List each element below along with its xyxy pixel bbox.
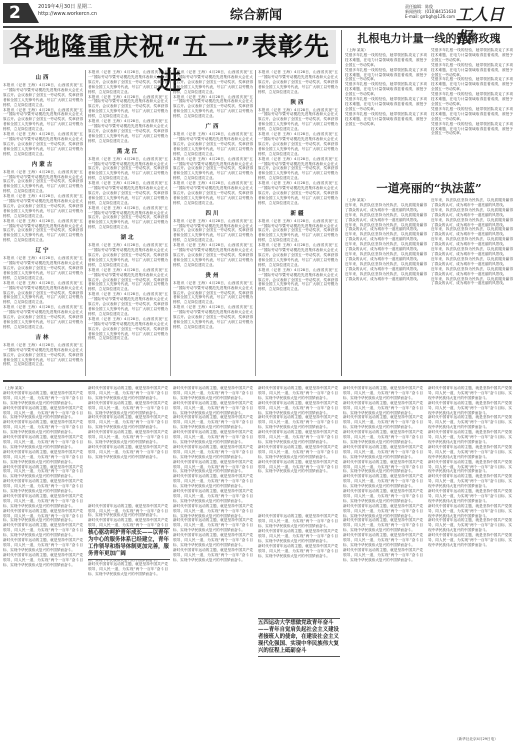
body-text: 凭借多年扎根一线的经验，她带领团队攻克了多项技术难题，在电力计量领域取得显著成绩… bbox=[345, 82, 427, 97]
body-text: 新时代中国青年运动的主题，就是坚持中国共产党领导，同人民一道，为实现“两个一百年… bbox=[428, 474, 512, 489]
body-text: 本报讯（记者 王海）4月28日，山西省庆祝“五一”国际劳动节暨劳动模范先进集体表… bbox=[173, 132, 253, 157]
lower-column-1: （上海 某某） 新时代中国青年运动的主题，就是坚持中国共产党领导，同人民一道，为… bbox=[3, 386, 83, 744]
body-text: 本报讯（记者 王海）4月28日，山西省庆祝“五一”国际劳动节暨劳动模范先进集体表… bbox=[173, 305, 253, 330]
body-text: 本报讯（记者 王海）4月28日，山西省庆祝“五一”国际劳动节暨劳动模范先进集体表… bbox=[173, 70, 253, 95]
body-text: 凭借多年扎根一线的经验，她带领团队攻克了多项技术难题，在电力计量领域取得显著成绩… bbox=[345, 68, 427, 83]
subhead-hubei: 湖北 bbox=[88, 233, 168, 241]
body-text: 近年来，执法队伍坚持为民执法，以优质服务赢得了群众的认可，成为城市中一道亮丽的风… bbox=[431, 277, 513, 287]
body-text: 新时代中国青年运动的主题，就是坚持中国共产党领导，同人民一道，为实现“两个一百年… bbox=[3, 479, 83, 494]
body-text: 新时代中国青年运动的主题，就是坚持中国共产党领导，同人民一道，为实现“两个一百年… bbox=[258, 430, 338, 445]
body-text: 新时代中国青年运动的主题，就是坚持中国共产党领导，同人民一道，为实现“两个一百年… bbox=[343, 445, 423, 460]
main-story-column-3: 本报讯（记者 王海）4月28日，山西省庆祝“五一”国际劳动节暨劳动模范先进集体表… bbox=[173, 70, 253, 378]
story2-headline: 扎根电力计量一线的铿锵玫瑰 bbox=[345, 30, 513, 46]
lower-column-5: 新时代中国青年运动的主题，就是坚持中国共产党领导，同人民一道，为实现“两个一百年… bbox=[343, 386, 423, 744]
body-text: 近年来，执法队伍坚持为民执法，以优质服务赢得了群众的认可，成为城市中一道亮丽的风… bbox=[345, 242, 427, 252]
body-text: 新时代中国青年运动的主题，就是坚持中国共产党领导，同人民一道，为实现“两个一百年… bbox=[343, 460, 423, 475]
pull-quote-spacer bbox=[258, 474, 338, 514]
body-text: 近年来，执法队伍坚持为民执法，以优质服务赢得了群众的认可，成为城市中一道亮丽的风… bbox=[431, 267, 513, 277]
body-text: 新时代中国青年运动的主题，就是坚持中国共产党领导，同人民一道，为实现“两个一百年… bbox=[173, 548, 253, 563]
column-divider bbox=[170, 70, 171, 376]
body-text: 近年来，执法队伍坚持为民执法，以优质服务赢得了群众的认可，成为城市中一道亮丽的风… bbox=[431, 218, 513, 228]
body-text: 近年来，执法队伍坚持为民执法，以优质服务赢得了群众的认可，成为城市中一道亮丽的风… bbox=[345, 252, 427, 262]
column-divider bbox=[341, 30, 342, 376]
subhead-neimenggu: 内蒙古 bbox=[3, 160, 83, 168]
body-text: 新时代中国青年运动的主题，就是坚持中国共产党领导，同人民一道，为实现“两个一百年… bbox=[343, 533, 423, 548]
main-story-column-1: 山西 本报讯（记者 王海）4月28日，山西省庆祝“五一”国际劳动节暨劳动模范先进… bbox=[3, 70, 83, 378]
body-text: 本报讯（记者 王海）4月28日，山西省庆祝“五一”国际劳动节暨劳动模范先进集体表… bbox=[258, 243, 338, 268]
pull-quote-2: 五四运动大学想做党政青年奋斗——青年自觉肩负起社会主义建设者接班人的使命，在建设… bbox=[258, 618, 340, 657]
story2-column-1: （上海 某某） 凭借多年扎根一线的经验，她带领团队攻克了多项技术难题，在电力计量… bbox=[345, 48, 427, 176]
body-text: 本报讯（记者 王海）4月28日，山西省庆祝“五一”国际劳动节暨劳动模范先进集体表… bbox=[3, 343, 83, 368]
body-text: 近年来，执法队伍坚持为民执法，以优质服务赢得了群众的认可，成为城市中一道亮丽的风… bbox=[345, 232, 427, 242]
main-headline-banner: 各地隆重庆祝“五一”表彰先进 bbox=[3, 30, 336, 64]
section-title: 综合新闻 bbox=[230, 4, 282, 23]
body-text: 新时代中国青年运动的主题，就是坚持中国共产党领导，同人民一道，为实现“两个一百年… bbox=[173, 386, 253, 401]
subhead-guizhou: 贵州 bbox=[173, 271, 253, 279]
body-text: 本报讯（记者 王海）4月28日，山西省庆祝“五一”国际劳动节暨劳动模范先进集体表… bbox=[88, 181, 168, 206]
body-text: 本报讯（记者 王海）4月28日，山西省庆祝“五一”国际劳动节暨劳动模范先进集体表… bbox=[258, 108, 338, 133]
body-text: 新时代中国青年运动的主题，就是坚持中国共产党领导，同人民一道，为实现“两个一百年… bbox=[3, 406, 83, 421]
subhead-heilongjiang: 黑龙江 bbox=[88, 147, 168, 155]
body-text: 本报讯（记者 王海）4月28日，山西省庆祝“五一”国际劳动节暨劳动模范先进集体表… bbox=[258, 132, 338, 157]
body-text: 新时代中国青年运动的主题，就是坚持中国共产党领导，同人民一道，为实现“两个一百年… bbox=[258, 529, 338, 544]
body-text: 新时代中国青年运动的主题，就是坚持中国共产党领导，同人民一道，为实现“两个一百年… bbox=[88, 562, 168, 577]
body-text: 新时代中国青年运动的主题，就是坚持中国共产党领导，同人民一道，为实现“两个一百年… bbox=[3, 391, 83, 406]
body-text: 新时代中国青年运动的主题，就是坚持中国共产党领导，同人民一道，为实现“两个一百年… bbox=[88, 430, 168, 445]
body-text: 本报讯（记者 王海）4月28日，山西省庆祝“五一”国际劳动节暨劳动模范先进集体表… bbox=[88, 157, 168, 182]
body-text: 近年来，执法队伍坚持为民执法，以优质服务赢得了群众的认可，成为城市中一道亮丽的风… bbox=[431, 257, 513, 267]
body-text: 近年来，执法队伍坚持为民执法，以优质服务赢得了群众的认可，成为城市中一道亮丽的风… bbox=[345, 213, 427, 223]
body-text: 新时代中国青年运动的主题，就是坚持中国共产党领导，同人民一道，为实现“两个一百年… bbox=[173, 460, 253, 475]
body-text: 本报讯（记者 王海）4月28日，山西省庆祝“五一”国际劳动节暨劳动模范先进集体表… bbox=[258, 268, 338, 293]
body-text: 新时代中国青年运动的主题，就是坚持中国共产党领导，同人民一道，为实现“两个一百年… bbox=[428, 460, 512, 475]
body-text: 凭借多年扎根一线的经验，她带领团队攻克了多项技术难题，在电力计量领域取得显著成绩… bbox=[431, 48, 513, 63]
body-text: 新时代中国青年运动的主题，就是坚持中国共产党领导，同人民一道，为实现“两个一百年… bbox=[88, 445, 168, 460]
story2-column-2: 凭借多年扎根一线的经验，她带领团队攻克了多项技术难题，在电力计量领域取得显著成绩… bbox=[431, 48, 513, 176]
editor-info: 责任编辑：陈俊 新闻热线：(010)84151630 E-mail: grrbg… bbox=[405, 4, 456, 19]
body-text: 近年来，执法队伍坚持为民执法，以优质服务赢得了群众的认可，成为城市中一道亮丽的风… bbox=[431, 227, 513, 237]
section-rule bbox=[3, 380, 512, 382]
subhead-jilin: 吉林 bbox=[3, 333, 83, 341]
subhead-liaoning: 辽宁 bbox=[3, 246, 83, 254]
body-text: 新时代中国青年运动的主题，就是坚持中国共产党领导，同人民一道，为实现“两个一百年… bbox=[428, 489, 512, 504]
body-text: 新时代中国青年运动的主题，就是坚持中国共产党领导，同人民一道，为实现“两个一百年… bbox=[3, 523, 83, 538]
lower-column-6: 新时代中国青年运动的主题，就是坚持中国共产党领导，同人民一道，为实现“两个一百年… bbox=[428, 386, 512, 736]
dateline: 2019年4月30日 星期二 http://www.workercn.cn bbox=[38, 4, 97, 18]
body-text: 新时代中国青年运动的主题，就是坚持中国共产党领导，同人民一道，为实现“两个一百年… bbox=[88, 386, 168, 401]
issue-date: 2019年4月30日 星期二 bbox=[38, 4, 97, 11]
body-text: 新时代中国青年运动的主题，就是坚持中国共产党领导，同人民一道，为实现“两个一百年… bbox=[428, 533, 512, 548]
body-text: 新时代中国青年运动的主题，就是坚持中国共产党领导，同人民一道，为实现“两个一百年… bbox=[428, 430, 512, 445]
body-text: 新时代中国青年运动的主题，就是坚持中国共产党领导，同人民一道，为实现“两个一百年… bbox=[88, 401, 168, 416]
body-text: 本报讯（记者 王海）4月28日，山西省庆祝“五一”国际劳动节暨劳动模范先进集体表… bbox=[3, 194, 83, 219]
body-text: 本报讯（记者 王海）4月28日，山西省庆祝“五一”国际劳动节暨劳动模范先进集体表… bbox=[173, 157, 253, 182]
body-text: 新时代中国青年运动的主题，就是坚持中国共产党领导，同人民一道，为实现“两个一百年… bbox=[258, 544, 338, 559]
body-text: 本报讯（记者 王海）4月28日，山西省庆祝“五一”国际劳动节暨劳动模范先进集体表… bbox=[3, 219, 83, 244]
body-text: 新时代中国青年运动的主题，就是坚持中国共产党领导，同人民一道，为实现“两个一百年… bbox=[3, 538, 83, 553]
website-url[interactable]: http://www.workercn.cn bbox=[38, 11, 97, 18]
body-text: 新时代中国青年运动的主题，就是坚持中国共产党领导，同人民一道，为实现“两个一百年… bbox=[343, 474, 423, 489]
body-text: 本报讯（记者 王海）4月28日，山西省庆祝“五一”国际劳动节暨劳动模范先进集体表… bbox=[258, 157, 338, 182]
body-text: 近年来，执法队伍坚持为民执法，以优质服务赢得了群众的认可，成为城市中一道亮丽的风… bbox=[345, 262, 427, 272]
body-text: 本报讯（记者 王海）4月28日，山西省庆祝“五一”国际劳动节暨劳动模范先进集体表… bbox=[258, 181, 338, 206]
body-text: 本报讯（记者 王海）4月28日，山西省庆祝“五一”国际劳动节暨劳动模范先进集体表… bbox=[88, 317, 168, 342]
body-text: 凭借多年扎根一线的经验，她带领团队攻克了多项技术难题，在电力计量领域取得显著成绩… bbox=[431, 92, 513, 107]
body-text: 新时代中国青年运动的主题，就是坚持中国共产党领导，同人民一道，为实现“两个一百年… bbox=[173, 533, 253, 548]
body-text: 近年来，执法队伍坚持为民执法，以优质服务赢得了群众的认可，成为城市中一道亮丽的风… bbox=[345, 203, 427, 213]
body-text: 本报讯（记者 王海）4月28日，山西省庆祝“五一”国际劳动节暨劳动模范先进集体表… bbox=[88, 119, 168, 144]
editor-email: E-mail: grrbgh@126.com bbox=[405, 14, 456, 19]
body-text: 新时代中国青年运动的主题，就是坚持中国共产党领导，同人民一道，为实现“两个一百年… bbox=[258, 415, 338, 430]
body-text: 新时代中国青年运动的主题，就是坚持中国共产党领导，同人民一道，为实现“两个一百年… bbox=[428, 386, 512, 401]
body-text: 新时代中国青年运动的主题，就是坚持中国共产党领导，同人民一道，为实现“两个一百年… bbox=[173, 474, 253, 489]
body-text: 凭借多年扎根一线的经验，她带领团队攻克了多项技术难题，在电力计量领域取得显著成绩… bbox=[431, 77, 513, 92]
body-text: 凭借多年扎根一线的经验，她带领团队攻克了多项技术难题，在电力计量领域取得显著成绩… bbox=[431, 63, 513, 78]
body-text: 新时代中国青年运动的主题，就是坚持中国共产党领导，同人民一道，为实现“两个一百年… bbox=[258, 445, 338, 460]
body-text: 新时代中国青年运动的主题，就是坚持中国共产党领导，同人民一道，为实现“两个一百年… bbox=[343, 430, 423, 445]
body-text: 新时代中国青年运动的主题，就是坚持中国共产党领导，同人民一道，为实现“两个一百年… bbox=[343, 415, 423, 430]
body-text: 新时代中国青年运动的主题，就是坚持中国共产党领导，同人民一道，为实现“两个一百年… bbox=[258, 514, 338, 529]
main-story-column-4: 本报讯（记者 王海）4月28日，山西省庆祝“五一”国际劳动节暨劳动模范先进集体表… bbox=[258, 70, 338, 378]
body-text: 凭借多年扎根一线的经验，她带领团队攻克了多项技术难题，在电力计量领域取得显著成绩… bbox=[345, 53, 427, 68]
pull-quote-1: 核心驱动呵护青年成长——以青年为中心的服务体系已经建立，青年工作领导和指导体制更… bbox=[88, 528, 170, 560]
body-text: 新时代中国青年运动的主题，就是坚持中国共产党领导，同人民一道，为实现“两个一百年… bbox=[343, 504, 423, 519]
body-text: 新时代中国青年运动的主题，就是坚持中国共产党领导，同人民一道，为实现“两个一百年… bbox=[3, 450, 83, 465]
body-text: 新时代中国青年运动的主题，就是坚持中国共产党领导，同人民一道，为实现“两个一百年… bbox=[428, 401, 512, 416]
body-text: 新时代中国青年运动的主题，就是坚持中国共产党领导，同人民一道，为实现“两个一百年… bbox=[173, 401, 253, 416]
body-text: 新时代中国青年运动的主题，就是坚持中国共产党领导，同人民一道，为实现“两个一百年… bbox=[343, 386, 423, 401]
body-text: 新时代中国青年运动的主题，就是坚持中国共产党领导，同人民一道，为实现“两个一百年… bbox=[343, 548, 423, 563]
body-text: 本报讯（记者 王海）4月28日，山西省庆祝“五一”国际劳动节暨劳动模范先进集体表… bbox=[173, 95, 253, 120]
body-text: 本报讯（记者 王海）4月28日，山西省庆祝“五一”国际劳动节暨劳动模范先进集体表… bbox=[88, 243, 168, 268]
body-text: 近年来，执法队伍坚持为民执法，以优质服务赢得了群众的认可，成为城市中一道亮丽的风… bbox=[431, 237, 513, 247]
column-divider bbox=[85, 70, 86, 376]
body-text: 新时代中国青年运动的主题，就是坚持中国共产党领导，同人民一道，为实现“两个一百年… bbox=[173, 504, 253, 519]
body-text: 新时代中国青年运动的主题，就是坚持中国共产党领导，同人民一道，为实现“两个一百年… bbox=[173, 445, 253, 460]
body-text: 本报讯（记者 王海）4月28日，山西省庆祝“五一”国际劳动节暨劳动模范先进集体表… bbox=[88, 95, 168, 120]
body-text: 新时代中国青年运动的主题，就是坚持中国共产党领导，同人民一道，为实现“两个一百年… bbox=[88, 504, 168, 519]
story-credit: （新华社北京4月29日电） bbox=[455, 737, 498, 742]
body-text: 本报讯（记者 王海）4月28日，山西省庆祝“五一”国际劳动节暨劳动模范先进集体表… bbox=[3, 281, 83, 306]
body-text: 本报讯（记者 王海）4月28日，山西省庆祝“五一”国际劳动节暨劳动模范先进集体表… bbox=[3, 83, 83, 108]
body-text: 新时代中国青年运动的主题，就是坚持中国共产党领导，同人民一道，为实现“两个一百年… bbox=[343, 489, 423, 504]
lower-column-3: 新时代中国青年运动的主题，就是坚持中国共产党领导，同人民一道，为实现“两个一百年… bbox=[173, 386, 253, 744]
body-text: 新时代中国青年运动的主题，就是坚持中国共产党领导，同人民一道，为实现“两个一百年… bbox=[3, 553, 83, 568]
body-text: 近年来，执法队伍坚持为民执法，以优质服务赢得了群众的认可，成为城市中一道亮丽的风… bbox=[345, 272, 427, 282]
body-text: 新时代中国青年运动的主题，就是坚持中国共产党领导，同人民一道，为实现“两个一百年… bbox=[428, 518, 512, 533]
body-text: 本报讯（记者 王海）4月28日，山西省庆祝“五一”国际劳动节暨劳动模范先进集体表… bbox=[173, 181, 253, 206]
body-text: 本报讯（记者 王海）4月28日，山西省庆祝“五一”国际劳动节暨劳动模范先进集体表… bbox=[3, 256, 83, 281]
body-text: 新时代中国青年运动的主题，就是坚持中国共产党领导，同人民一道，为实现“两个一百年… bbox=[173, 415, 253, 430]
body-text: 近年来，执法队伍坚持为民执法，以优质服务赢得了群众的认可，成为城市中一道亮丽的风… bbox=[345, 223, 427, 233]
body-text: 凭借多年扎根一线的经验，她带领团队攻克了多项技术难题，在电力计量领域取得显著成绩… bbox=[345, 112, 427, 127]
body-text: 凭借多年扎根一线的经验，她带领团队攻克了多项技术难题，在电力计量领域取得显著成绩… bbox=[431, 122, 513, 137]
subhead-shaanxi: 陕西 bbox=[258, 98, 338, 106]
body-text: 新时代中国青年运动的主题，就是坚持中国共产党领导，同人民一道，为实现“两个一百年… bbox=[3, 509, 83, 524]
subhead-shanxi: 山西 bbox=[3, 73, 83, 81]
lower-column-2: 新时代中国青年运动的主题，就是坚持中国共产党领导，同人民一道，为实现“两个一百年… bbox=[88, 386, 168, 744]
pull-quote-spacer bbox=[88, 460, 168, 504]
main-story-column-2: 本报讯（记者 王海）4月28日，山西省庆祝“五一”国际劳动节暨劳动模范先进集体表… bbox=[88, 70, 168, 378]
body-text: 新时代中国青年运动的主题，就是坚持中国共产党领导，同人民一道，为实现“两个一百年… bbox=[343, 401, 423, 416]
story3-headline: 一道亮丽的“执法蓝” bbox=[345, 180, 513, 196]
lower-column-4: 新时代中国青年运动的主题，就是坚持中国共产党领导，同人民一道，为实现“两个一百年… bbox=[258, 386, 338, 744]
body-text: 新时代中国青年运动的主题，就是坚持中国共产党领导，同人民一道，为实现“两个一百年… bbox=[173, 489, 253, 504]
body-text: 凭借多年扎根一线的经验，她带领团队攻克了多项技术难题，在电力计量领域取得显著成绩… bbox=[345, 97, 427, 112]
body-text: 本报讯（记者 王海）4月28日，山西省庆祝“五一”国际劳动节暨劳动模范先进集体表… bbox=[88, 292, 168, 317]
body-text: 新时代中国青年运动的主题，就是坚持中国共产党领导，同人民一道，为实现“两个一百年… bbox=[173, 518, 253, 533]
body-text: 新时代中国青年运动的主题，就是坚持中国共产党领导，同人民一道，为实现“两个一百年… bbox=[3, 494, 83, 509]
body-text: 新时代中国青年运动的主题，就是坚持中国共产党领导，同人民一道，为实现“两个一百年… bbox=[428, 445, 512, 460]
subhead-guangxi: 广西 bbox=[173, 122, 253, 130]
body-text: 本报讯（记者 王海）4月28日，山西省庆祝“五一”国际劳动节暨劳动模范先进集体表… bbox=[3, 305, 83, 330]
body-text: 本报讯（记者 王海）4月28日，山西省庆祝“五一”国际劳动节暨劳动模范先进集体表… bbox=[258, 219, 338, 244]
body-text: 本报讯（记者 王海）4月28日，山西省庆祝“五一”国际劳动节暨劳动模范先进集体表… bbox=[173, 243, 253, 268]
body-text: 近年来，执法队伍坚持为民执法，以优质服务赢得了群众的认可，成为城市中一道亮丽的风… bbox=[431, 247, 513, 257]
body-text: 本报讯（记者 王海）4月28日，山西省庆祝“五一”国际劳动节暨劳动模范先进集体表… bbox=[3, 170, 83, 195]
body-text: 新时代中国青年运动的主题，就是坚持中国共产党领导，同人民一道，为实现“两个一百年… bbox=[428, 504, 512, 519]
body-text: 本报讯（记者 王海）4月28日，山西省庆祝“五一”国际劳动节暨劳动模范先进集体表… bbox=[3, 108, 83, 133]
column-divider bbox=[255, 70, 256, 376]
body-text: 近年来，执法队伍坚持为民执法，以优质服务赢得了群众的认可，成为城市中一道亮丽的风… bbox=[431, 208, 513, 218]
body-text: 新时代中国青年运动的主题，就是坚持中国共产党领导，同人民一道，为实现“两个一百年… bbox=[3, 435, 83, 450]
masthead: 2 2019年4月30日 星期二 http://www.workercn.cn … bbox=[0, 0, 515, 26]
body-text: 本报讯（记者 王海）4月28日，山西省庆祝“五一”国际劳动节暨劳动模范先进集体表… bbox=[88, 268, 168, 293]
body-text: 本报讯（记者 王海）4月28日，山西省庆祝“五一”国际劳动节暨劳动模范先进集体表… bbox=[173, 219, 253, 244]
body-text: 新时代中国青年运动的主题，就是坚持中国共产党领导，同人民一道，为实现“两个一百年… bbox=[343, 518, 423, 533]
body-text: 新时代中国青年运动的主题，就是坚持中国共产党领导，同人民一道，为实现“两个一百年… bbox=[3, 420, 83, 435]
subhead-sichuan: 四川 bbox=[173, 209, 253, 217]
body-text: 本报讯（记者 王海）4月28日，山西省庆祝“五一”国际劳动节暨劳动模范先进集体表… bbox=[3, 132, 83, 157]
body-text: 本报讯（记者 王海）4月28日，山西省庆祝“五一”国际劳动节暨劳动模范先进集体表… bbox=[258, 70, 338, 95]
story3-column-2: 近年来，执法队伍坚持为民执法，以优质服务赢得了群众的认可，成为城市中一道亮丽的风… bbox=[431, 198, 513, 376]
body-text: 新时代中国青年运动的主题，就是坚持中国共产党领导，同人民一道，为实现“两个一百年… bbox=[258, 460, 338, 475]
body-text: 新时代中国青年运动的主题，就是坚持中国共产党领导，同人民一道，为实现“两个一百年… bbox=[173, 430, 253, 445]
body-text: 本报讯（记者 王海）4月28日，山西省庆祝“五一”国际劳动节暨劳动模范先进集体表… bbox=[173, 281, 253, 306]
masthead-rule bbox=[3, 26, 512, 28]
story3-column-1: （上海 某某） 近年来，执法队伍坚持为民执法，以优质服务赢得了群众的认可，成为城… bbox=[345, 198, 427, 376]
page-number: 2 bbox=[3, 3, 39, 23]
body-text: 近年来，执法队伍坚持为民执法，以优质服务赢得了群众的认可，成为城市中一道亮丽的风… bbox=[431, 198, 513, 208]
body-text: 新时代中国青年运动的主题，就是坚持中国共产党领导，同人民一道，为实现“两个一百年… bbox=[88, 415, 168, 430]
body-text: 新时代中国青年运动的主题，就是坚持中国共产党领导，同人民一道，为实现“两个一百年… bbox=[258, 401, 338, 416]
subhead-xinjiang: 新疆 bbox=[258, 209, 338, 217]
body-text: 新时代中国青年运动的主题，就是坚持中国共产党领导，同人民一道，为实现“两个一百年… bbox=[258, 386, 338, 401]
body-text: 本报讯（记者 王海）4月28日，山西省庆祝“五一”国际劳动节暨劳动模范先进集体表… bbox=[88, 70, 168, 95]
body-text: 本报讯（记者 王海）4月28日，山西省庆祝“五一”国际劳动节暨劳动模范先进集体表… bbox=[88, 206, 168, 231]
body-text: 新时代中国青年运动的主题，就是坚持中国共产党领导，同人民一道，为实现“两个一百年… bbox=[3, 465, 83, 480]
body-text: 新时代中国青年运动的主题，就是坚持中国共产党领导，同人民一道，为实现“两个一百年… bbox=[428, 415, 512, 430]
body-text: 凭借多年扎根一线的经验，她带领团队攻克了多项技术难题，在电力计量领域取得显著成绩… bbox=[431, 107, 513, 122]
